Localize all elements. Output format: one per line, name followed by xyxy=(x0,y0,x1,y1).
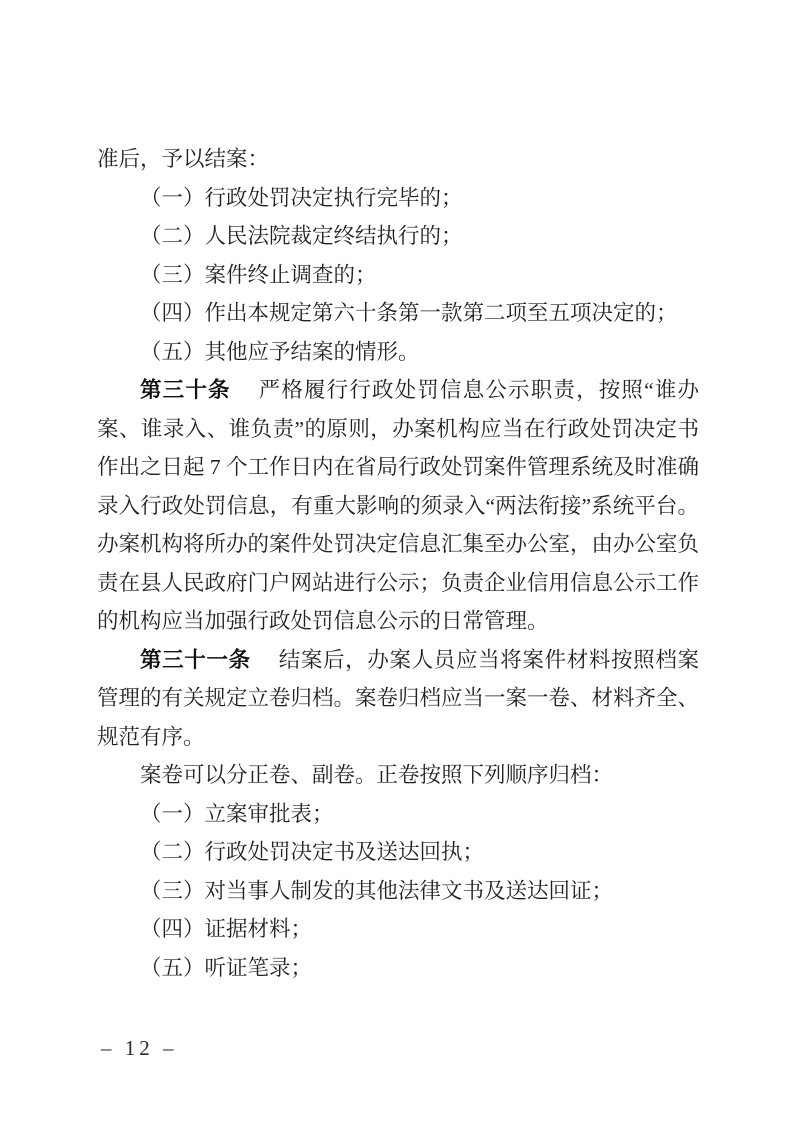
paragraph: （五）听证笔录； xyxy=(97,949,699,988)
paragraph: （五）其他应予结案的情形。 xyxy=(97,333,699,372)
paragraph: （一）行政处罚决定执行完毕的； xyxy=(97,179,699,218)
paragraph-text: 严格履行行政处罚信息公示职责，按照“谁办案、谁录入、谁负责”的原则，办案机构应当… xyxy=(97,378,699,633)
article-number: 第三十条 xyxy=(140,378,231,402)
paragraph: 准后，予以结案： xyxy=(97,140,699,179)
document-body: 准后，予以结案：（一）行政处罚决定执行完毕的；（二）人民法院裁定终结执行的；（三… xyxy=(97,140,699,987)
article-number: 第三十一条 xyxy=(140,648,251,672)
paragraph: 第三十条严格履行行政处罚信息公示职责，按照“谁办案、谁录入、谁负责”的原则，办案… xyxy=(97,371,699,641)
paragraph: （四）证据材料； xyxy=(97,910,699,949)
page-number: – 12 – xyxy=(101,1036,178,1061)
paragraph: （一）立案审批表； xyxy=(97,795,699,834)
paragraph: （二）行政处罚决定书及送达回执； xyxy=(97,833,699,872)
paragraph: 第三十一条结案后，办案人员应当将案件材料按照档案管理的有关规定立卷归档。案卷归档… xyxy=(97,641,699,757)
paragraph: （三）对当事人制发的其他法律文书及送达回证； xyxy=(97,872,699,911)
paragraph: （二）人民法院裁定终结执行的； xyxy=(97,217,699,256)
paragraph: （四）作出本规定第六十条第一款第二项至五项决定的； xyxy=(97,294,699,333)
paragraph: 案卷可以分正卷、副卷。正卷按照下列顺序归档： xyxy=(97,756,699,795)
document-page: 准后，予以结案：（一）行政处罚决定执行完毕的；（二）人民法院裁定终结执行的；（三… xyxy=(0,0,793,1122)
paragraph: （三）案件终止调查的； xyxy=(97,256,699,295)
